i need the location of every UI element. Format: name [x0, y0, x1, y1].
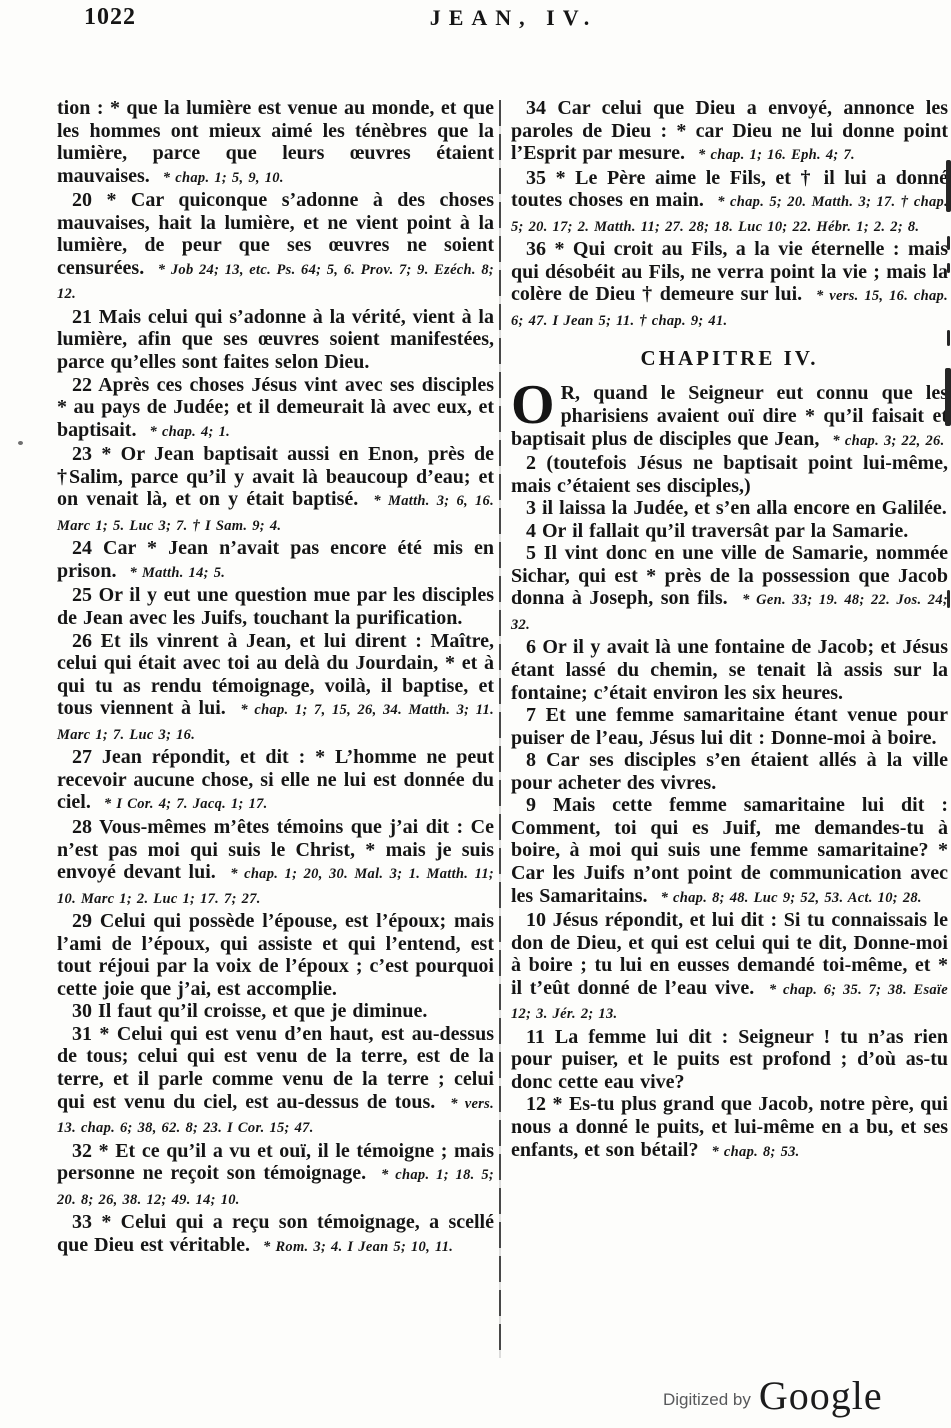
book-page: 1022 JEAN, IV. tion : * que la lumière e…: [0, 0, 951, 1428]
drop-cap: O: [511, 385, 555, 426]
running-head: JEAN, IV.: [38, 5, 951, 31]
verse-text: 7 Et une femme samaritaine étant venue p…: [511, 704, 948, 749]
verse-paragraph: OR, quand le Seigneur eut connu que les …: [511, 382, 948, 452]
verse-paragraph: 2 (toutefois Jésus ne baptisait point lu…: [511, 452, 948, 497]
verse-paragraph: 28 Vous-mêmes m’êtes témoins que j’ai di…: [57, 816, 494, 910]
cross-reference: * chap. 1; 16. Eph. 4; 7.: [698, 147, 855, 163]
verse-paragraph: 5 Il vint donc en une ville de Samarie, …: [511, 542, 948, 636]
verse-paragraph: 34 Car celui que Dieu a envoyé, annonce …: [511, 97, 948, 167]
verse-paragraph: 33 * Celui qui a reçu son témoignage, a …: [57, 1211, 494, 1258]
verse-text: 25 Or il y eut une question mue par les …: [57, 584, 494, 629]
scan-gutter-artifact: [947, 263, 950, 273]
verse-paragraph: 32 * Et ce qu’il a vu et ouï, il le témo…: [57, 1140, 494, 1212]
scan-gutter-artifact: [945, 368, 951, 426]
verse-paragraph: 7 Et une femme samaritaine étant venue p…: [511, 704, 948, 749]
cross-reference: * chap. 3; 22, 26.: [832, 433, 944, 449]
verse-paragraph: 25 Or il y eut une question mue par les …: [57, 584, 494, 629]
chapter-heading: CHAPITRE IV.: [511, 346, 948, 371]
google-watermark: Digitized by Google: [663, 1372, 883, 1419]
column-divider-rule: [499, 100, 501, 1358]
verse-text: 31 * Celui qui est venu d’en haut, est a…: [57, 1023, 494, 1113]
digitized-by-label: Digitized by: [663, 1390, 751, 1410]
verse-paragraph: 26 Et ils vinrent à Jean, et lui dirent …: [57, 630, 494, 747]
verse-paragraph: 11 La femme lui dit : Seigneur ! tu n’as…: [511, 1026, 948, 1094]
verse-paragraph: 24 Car * Jean n’avait pas encore été mis…: [57, 537, 494, 584]
scan-gutter-artifact: [947, 330, 950, 346]
cross-reference: * chap. 8; 53.: [711, 1144, 799, 1160]
verse-paragraph: 6 Or il y avait là une fontaine de Jacob…: [511, 636, 948, 704]
cross-reference: * chap. 4; 1.: [149, 424, 230, 440]
verse-paragraph: 36 * Qui croit au Fils, a la vie éternel…: [511, 238, 948, 332]
verse-paragraph: 4 Or il fallait qu’il traversât par la S…: [511, 520, 948, 543]
verse-paragraph: 30 Il faut qu’il croisse, et que je dimi…: [57, 1000, 494, 1023]
verse-text: 6 Or il y avait là une fontaine de Jacob…: [511, 636, 948, 703]
verse-paragraph: 35 * Le Père aime le Fils, et † il lui a…: [511, 167, 948, 239]
cross-reference: * I Cor. 4; 7. Jacq. 1; 17.: [104, 796, 268, 812]
verse-paragraph: 9 Mais cette femme samaritaine lui dit :…: [511, 794, 948, 909]
verse-text: 24 Car * Jean n’avait pas encore été mis…: [57, 537, 494, 582]
scan-gutter-artifact: [947, 236, 950, 250]
cross-reference: * chap. 8; 48. Luc 9; 52, 53. Act. 10; 2…: [661, 890, 922, 906]
scan-gutter-artifact: [946, 160, 951, 212]
right-column: 34 Car celui que Dieu a envoyé, annonce …: [511, 97, 948, 1163]
scan-gutter-artifact: [947, 590, 950, 608]
verse-text: 11 La femme lui dit : Seigneur ! tu n’as…: [511, 1026, 948, 1093]
verse-text: 8 Car ses disciples s’en étaient allés à…: [511, 749, 948, 794]
verse-text: 2 (toutefois Jésus ne baptisait point lu…: [511, 452, 948, 497]
verse-text: 4 Or il fallait qu’il traversât par la S…: [526, 520, 908, 542]
verse-text: 29 Celui qui possède l’épouse, est l’épo…: [57, 910, 494, 1000]
google-logo: Google: [759, 1372, 883, 1419]
verse-text: 30 Il faut qu’il croisse, et que je dimi…: [72, 1000, 427, 1022]
verse-paragraph: 23 * Or Jean baptisait aussi en Enon, pr…: [57, 443, 494, 537]
cross-reference: * Rom. 3; 4. I Jean 5; 10, 11.: [263, 1239, 453, 1255]
verse-text: 3 il laissa la Judée, et s’en alla encor…: [526, 497, 947, 519]
verse-paragraph: 20 * Car quiconque s’adonne à des choses…: [57, 189, 494, 306]
verse-text: 21 Mais celui qui s’adonne à la vérité, …: [57, 306, 494, 373]
verse-paragraph: 21 Mais celui qui s’adonne à la vérité, …: [57, 306, 494, 374]
verse-paragraph: 22 Après ces choses Jésus vint avec ses …: [57, 374, 494, 444]
verse-paragraph: tion : * que la lumière est venue au mon…: [57, 97, 494, 189]
verse-paragraph: 31 * Celui qui est venu d’en haut, est a…: [57, 1023, 494, 1140]
scan-speck-artifact: [18, 441, 23, 445]
cross-reference: * chap. 1; 5, 9, 10.: [163, 170, 284, 186]
verse-paragraph: 10 Jésus répondit, et lui dit : Si tu co…: [511, 909, 948, 1026]
verse-paragraph: 8 Car ses disciples s’en étaient allés à…: [511, 749, 948, 794]
verse-paragraph: 27 Jean répondit, et dit : * L’homme ne …: [57, 746, 494, 816]
verse-paragraph: 12 * Es-tu plus grand que Jacob, notre p…: [511, 1093, 948, 1163]
verse-paragraph: 29 Celui qui possède l’épouse, est l’épo…: [57, 910, 494, 1000]
verse-paragraph: 3 il laissa la Judée, et s’en alla encor…: [511, 497, 948, 520]
left-column: tion : * que la lumière est venue au mon…: [57, 97, 494, 1258]
verse-text: 22 Après ces choses Jésus vint avec ses …: [57, 374, 494, 441]
cross-reference: * Matth. 14; 5.: [129, 565, 225, 581]
